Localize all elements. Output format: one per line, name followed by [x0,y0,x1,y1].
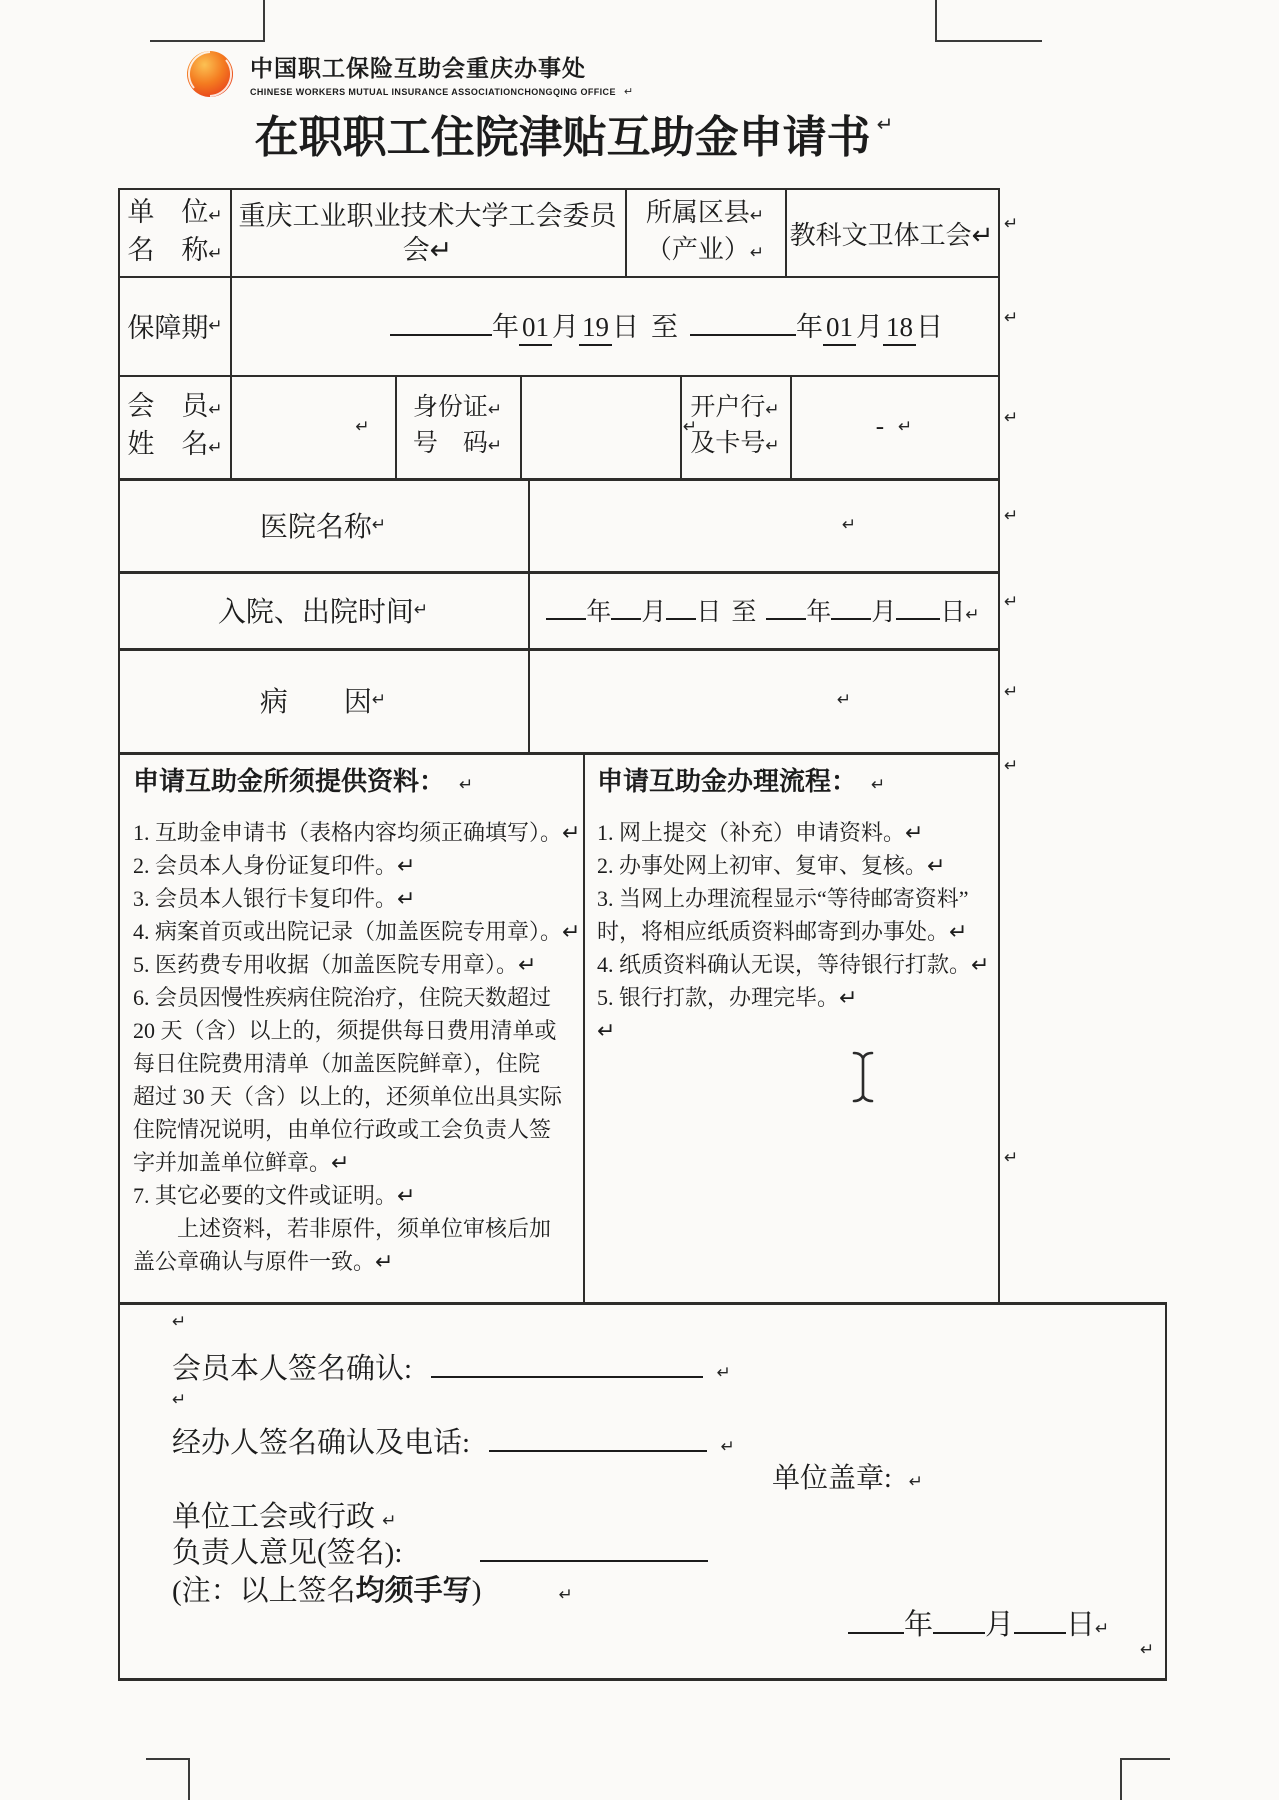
row-end-mark: ↵ [1004,1148,1018,1168]
row-end-mark: ↵ [1004,214,1018,234]
pilcrow-mark: ↵ [414,600,428,620]
process-line: 2. 办事处网上初审、复审、复核。↵ [597,849,1002,882]
note-bold: 均须手写 [356,1575,472,1607]
process-line: 时，将相应纸质资料邮寄到办事处。↵ [597,915,1002,948]
materials-line: 1. 互助金申请书（表格内容均须正确填写）。↵ [133,816,588,849]
hospital-name-label: 医院名称↵ [120,480,526,569]
process-line: ↵ [597,1014,1002,1047]
dash-mark: - [876,413,884,441]
process-list: 1. 网上提交（补充）申请资料。↵ 2. 办事处网上初审、复审、复核。↵ 3. … [597,816,1002,1047]
form-title: 在职职工住院津贴互助金申请书 [255,101,871,165]
pilcrow-mark: ↵ [559,1585,573,1605]
scanned-application-form-page[interactable]: 中国职工保险互助会重庆办事处 CHINESE WORKERS MUTUAL IN… [0,0,1279,1800]
process-line: 3. 当网上办理流程显示“等待邮寄资料” [597,882,1002,915]
row-end-mark: ↵ [1004,408,1018,428]
bank-card-label: 开户行↵ 及卡号↵ [682,377,788,476]
union-opinion-line1: 单位工会或行政 ↵ [172,1494,397,1535]
pilcrow-mark: ↵ [382,1511,396,1531]
process-line: 5. 银行打款，办理完毕。↵ [597,981,1002,1014]
bank-card-value[interactable]: - ↵ [792,377,996,476]
blank-underline[interactable] [896,592,940,620]
pilcrow-mark: ↵ [909,1472,923,1492]
unit-stamp-row: 单位盖章: ↵ [772,1456,923,1496]
materials-line: 2. 会员本人身份证复印件。↵ [133,849,588,882]
pilcrow-mark: ↵ [372,515,386,535]
org-name-english-row: CHINESE WORKERS MUTUAL INSURANCE ASSOCIA… [250,82,633,100]
underlined-month: 01 [519,312,552,346]
crop-mark-bottom-left [146,1758,190,1800]
blank-underline[interactable] [390,306,492,336]
pilcrow-mark: ↵ [172,1390,186,1410]
process-line: 4. 纸质资料确认无误，等待银行打款。↵ [597,948,1002,981]
pilcrow-mark: ↵ [1095,1619,1109,1639]
blank-underline[interactable] [848,1602,904,1634]
union-signature-line[interactable] [480,1530,708,1562]
row-end-mark: ↵ [1004,682,1018,702]
row-end-mark: ↵ [1004,308,1018,328]
table-border-line [1165,1302,1167,1680]
form-title-row: 在职职工住院津贴互助金申请书 ↵ [118,104,1030,162]
materials-line: 上述资料，若非原件，须单位审核后加 [133,1212,588,1245]
pilcrow-mark: ↵ [871,775,885,795]
blank-underline[interactable] [933,1602,985,1634]
i-beam-text-cursor-icon [850,1050,876,1104]
union-opinion-line2: 负责人意见(签名): [172,1530,708,1571]
disease-cause-label: 病 因↵ [120,650,526,750]
materials-line: 住院情况说明，由单位行政或工会负责人签 [133,1113,588,1146]
date-fill-row: 年月日↵ [848,1602,1109,1643]
pilcrow-mark: ↵ [624,85,633,98]
row-end-mark: ↵ [1140,1640,1154,1660]
underlined-day: 18 [883,312,916,346]
admission-time-label: 入院、出院时间↵ [120,573,526,646]
materials-title-row: 申请互助金所须提供资料： ↵ [133,764,473,803]
underlined-day: 19 [579,312,612,346]
row-end-mark: ↵ [1004,592,1018,612]
pilcrow-mark: ↵ [355,417,369,437]
guarantee-period-label: 保障期↵ [120,278,230,373]
blank-underline[interactable] [666,592,696,620]
process-title-row: 申请互助金办理流程： ↵ [597,764,885,803]
agent-signature-row: 经办人签名确认及电话: ↵ [172,1420,735,1461]
district-label: 所属区县↵ （产业）↵ [627,190,783,276]
materials-line: 5. 医药费专用收据（加盖医院专用章）。↵ [133,948,588,981]
materials-title: 申请互助金所须提供资料： [133,766,445,796]
org-logo-icon [186,50,234,98]
materials-line: 20 天（含）以上的，须提供每日费用清单或 [133,1014,588,1047]
pilcrow-mark: ↵ [459,775,473,795]
crop-mark-top-right [935,0,1042,42]
admission-time-value[interactable]: 年月日至年月日↵ [530,573,996,646]
member-signature-row: 会员本人签名确认: ↵ [172,1346,731,1387]
table-border-line [118,1302,1167,1305]
id-number-label: 身份证↵ 号 码↵ [397,377,518,476]
materials-line: 每日住院费用清单（加盖医院鲜章），住院 [133,1047,588,1080]
pilcrow-mark: ↵ [750,206,764,226]
blank-underline[interactable] [546,592,586,620]
agent-signature-line[interactable] [489,1420,707,1452]
pilcrow-mark: ↵ [208,400,222,420]
pilcrow-mark: ↵ [172,1312,186,1332]
table-border-line [118,752,1000,755]
pilcrow-mark: ↵ [765,400,779,420]
org-name: 中国职工保险互助会重庆办事处 [250,50,586,83]
blank-underline[interactable] [690,306,796,336]
underlined-month: 01 [823,312,856,346]
note-prefix: (注：以上签名 [172,1575,356,1607]
materials-line: 超过 30 天（含）以上的，还须单位出具实际 [133,1080,588,1113]
materials-list: 1. 互助金申请书（表格内容均须正确填写）。↵ 2. 会员本人身份证复印件。↵ … [133,816,588,1278]
pilcrow-mark: ↵ [372,690,386,710]
unit-stamp-label: 单位盖章: [772,1463,892,1494]
materials-line: 3. 会员本人银行卡复印件。↵ [133,882,588,915]
row-end-mark: ↵ [1004,756,1018,776]
materials-line: 7. 其它必要的文件或证明。↵ [133,1179,588,1212]
pilcrow-mark: ↵ [965,605,979,625]
unit-name-label: 单 位↵ 名 称↵ [120,190,230,276]
blank-underline[interactable] [1014,1602,1066,1634]
materials-line: 字并加盖单位鲜章。↵ [133,1146,588,1179]
handwriting-note-row: (注：以上签名均须手写) ↵ [172,1568,573,1609]
materials-line: 4. 病案首页或出院记录（加盖医院专用章）。↵ [133,915,588,948]
crop-mark-top-left [150,0,265,42]
blank-underline[interactable] [766,592,806,620]
materials-line: 盖公章确认与原件一致。↵ [133,1245,588,1278]
member-name-label: 会 员↵ 姓 名↵ [120,377,230,476]
disease-cause-value[interactable]: ↵ [833,650,855,750]
pilcrow-mark: ↵ [898,417,912,437]
pilcrow-mark: ↵ [750,243,764,263]
district-value[interactable]: 教科文卫体工会↵ [787,190,996,276]
note-suffix: ) [472,1575,482,1607]
row-end-mark: ↵ [1004,506,1018,526]
member-signature-label: 会员本人签名确认: [172,1353,412,1385]
blank-underline[interactable] [611,592,641,620]
pilcrow-mark: ↵ [765,436,779,456]
pilcrow-mark: ↵ [877,112,894,136]
pilcrow-mark: ↵ [208,438,222,458]
process-line: 1. 网上提交（补充）申请资料。↵ [597,816,1002,849]
pilcrow-mark: ↵ [837,690,851,710]
crop-mark-bottom-right [1120,1758,1170,1800]
materials-line: 6. 会员因慢性疾病住院治疗，住院天数超过 [133,981,588,1014]
member-signature-line[interactable] [431,1346,703,1378]
blank-underline[interactable] [831,592,871,620]
pilcrow-mark: ↵ [208,316,222,336]
pilcrow-mark: ↵ [488,436,502,456]
pilcrow-mark: ↵ [208,206,222,226]
agent-signature-label: 经办人签名确认及电话: [172,1427,470,1459]
hospital-name-value[interactable]: ↵ [838,480,860,569]
pilcrow-mark: ↵ [208,244,222,264]
pilcrow-mark: ↵ [717,1363,731,1383]
table-border-line [118,1678,1167,1681]
process-title: 申请互助金办理流程： [597,766,857,796]
pilcrow-mark: ↵ [721,1437,735,1457]
org-name-english: CHINESE WORKERS MUTUAL INSURANCE ASSOCIA… [250,87,616,97]
pilcrow-mark: ↵ [488,400,502,420]
pilcrow-mark: ↵ [842,515,856,535]
unit-name-value[interactable]: 重庆工业职业技术大学工会委员会↵ [232,190,623,276]
